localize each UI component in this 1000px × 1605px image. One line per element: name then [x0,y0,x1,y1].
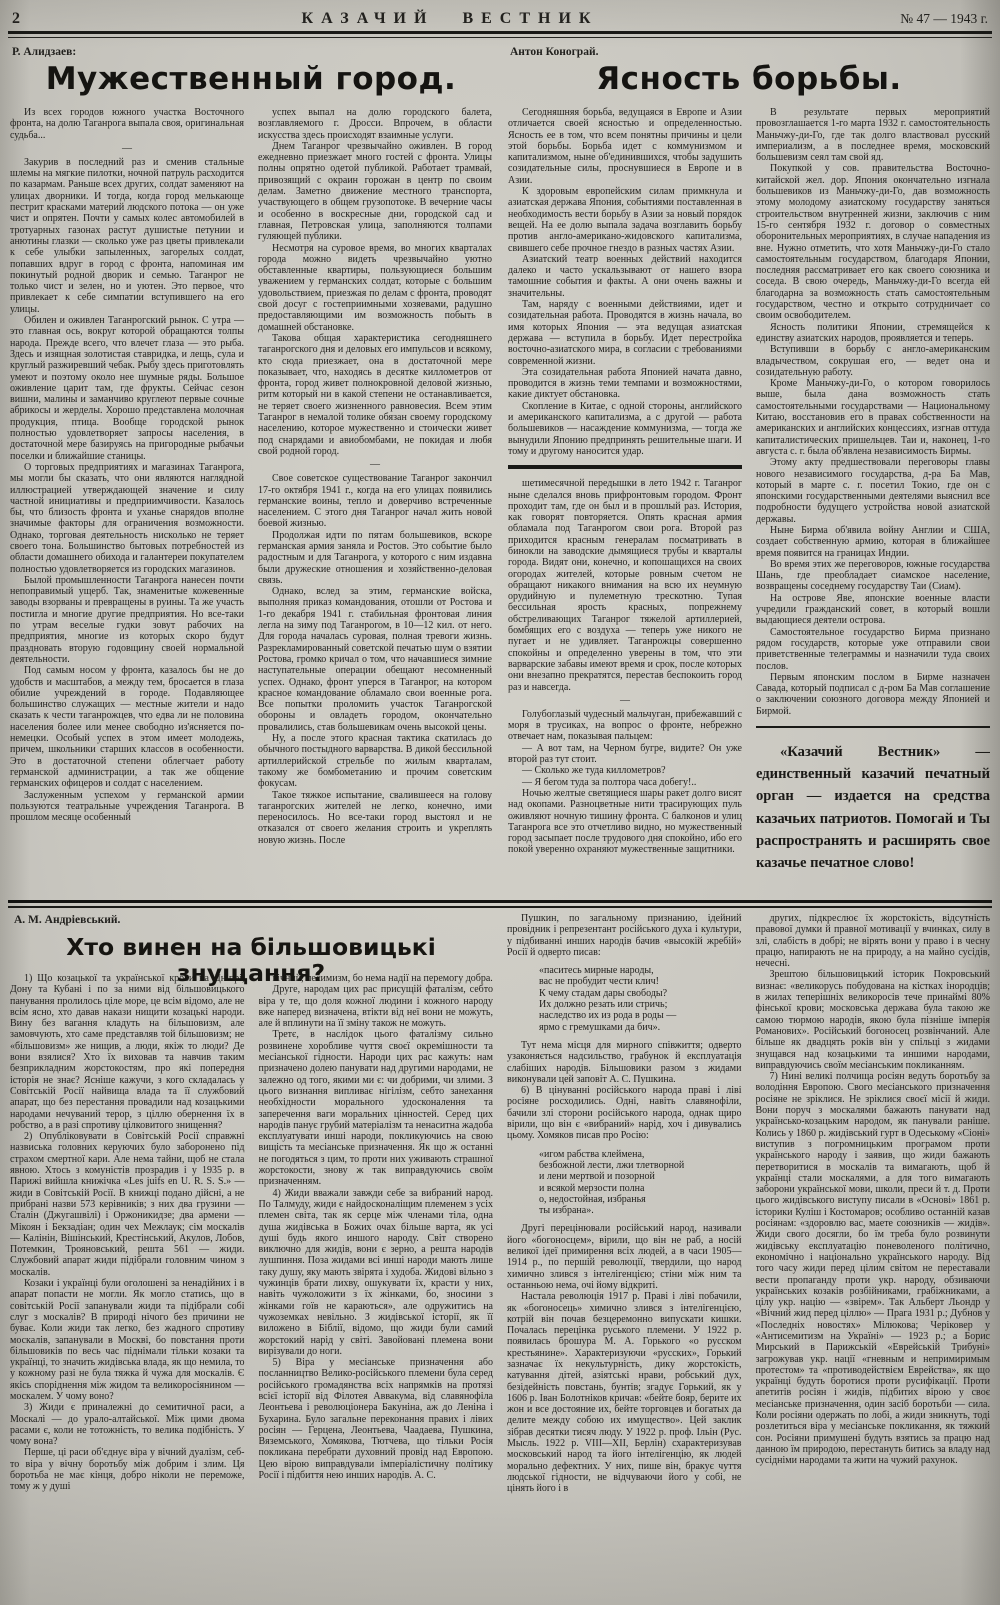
article-paragraph: 6) В цінуванні російського народа праві … [507,1085,742,1141]
article-columns: Из всех городов южного участка Восточног… [10,107,492,900]
article-paragraph: Днем Таганрог чрезвычайно оживлен. В гор… [258,141,492,243]
verse-line: и всякой мерзости полна [539,1183,742,1194]
article-paragraph: шетимесячной передышки в лето 1942 г. Та… [508,478,742,693]
article-paragraph: Вступивши в борьбу с англо-американским … [756,344,990,378]
header-divider-rule [8,31,992,38]
article-paragraph: Под самым носом у фронта, казалось бы не… [10,665,244,789]
article-paragraph: успех выпал на долю городского балета, в… [258,107,492,141]
byline-andrievsky: А. М. Андріевський. [12,914,490,927]
article-paragraph: Тут нема місця для мирного співжиття; од… [507,1040,742,1085]
issue-number: № 47 — 1943 г. [818,11,988,27]
article-column-4: В результате первых мероприятий провозгл… [756,107,990,900]
article-column-3: Пушкин, по загальному признанию, ідейний… [507,913,742,1589]
verse-line: «игом рабства клеймена, [539,1149,742,1160]
article-paragraph: Несмотря на суровое время, во многих ква… [258,243,492,333]
verse-quote: «паситесь мирные народы,вас не пробудит … [539,965,742,1033]
article-paragraph: Сегодняшняя борьба, ведущаяся в Европе и… [508,107,742,186]
article-paragraph: 7) Нині великі полчища росіян ведуть бор… [756,1071,991,1466]
verse-line: безбожной лести, лжи тлетворной [539,1160,742,1171]
masthead-title: КАЗАЧИЙ ВЕСТНИК [82,10,818,28]
article-title-khto-vynen: Хто винен на більшовицькі знущання? [12,934,490,986]
article-title-yasnost-borby: Ясность борьбы. [508,62,990,96]
article-column-4-text: В результате первых мероприятий провозгл… [756,107,990,717]
article-paragraph: На острове Яве, японские военные власти … [756,593,990,627]
article-column-2: вічний, песимизм, бо нема надії на перем… [259,913,494,1589]
article-paragraph: 5) Віра у месіанське призначення або пос… [259,1357,494,1481]
article-paragraph: Из всех городов южного участка Восточног… [10,107,244,141]
article-yasnost-borby: Антон Конограй. Ясность борьбы. Сегодняш… [508,46,990,900]
verse-line: ты избрана». [539,1205,742,1216]
top-articles-section: Р. Алидзаев: Мужественный город. Из всех… [0,38,1000,900]
article-column-1: 1) Що козацької та української крови на … [10,913,245,1589]
article-paragraph: Свое советское существование Таганрог за… [258,473,492,529]
article-paragraph: Первым японским послом в Бирме назначен … [756,672,990,717]
article-paragraph: — Сколько же туда киллометров? [508,765,742,776]
article-paragraph: Обилен и оживлен Таганрогский рынок. С у… [10,315,244,462]
verse-line: Их должно резать или стричь; [539,999,742,1010]
article-paragraph: других, підкреслює їх жорстокість, відсу… [756,913,991,969]
article-paragraph: Настала революція 1917 р. Праві і ліві п… [507,1291,742,1494]
article-paragraph: Покупкой у сов. правительства Восточно-к… [756,163,990,321]
article-paragraph: 3) Жиди є приналежні до семитичної раси,… [10,1402,245,1447]
page-number: 2 [12,10,82,28]
article-paragraph: Голубоглазый чудесный мальчуган, прибежа… [508,709,742,743]
newspaper-page: 2 КАЗАЧИЙ ВЕСТНИК № 47 — 1943 г. Р. Алид… [0,0,1000,1605]
paragraph-separator-dash: — [10,143,244,155]
article-paragraph: Заслуженным успехом у германской армии п… [10,790,244,824]
article-paragraph: Былой промышленности Таганрога нанесен п… [10,575,244,665]
article-paragraph: Во время этих же переговоров, южные госу… [756,559,990,593]
article-paragraph: Друге, народам цих рас присущій фаталізм… [259,984,494,1029]
verse-line: наследство их из рода в роды — [539,1010,742,1021]
paragraph-separator-dash: — [508,695,742,707]
verse-line: вас не пробудит чести клич! [539,976,742,987]
article-paragraph: Самостоятельное государство Бирма призна… [756,627,990,672]
article-paragraph: Такова общая характеристика сегодняшнего… [258,333,492,457]
article-paragraph: — А вот там, на Черном бугре, видите? Он… [508,743,742,766]
article-paragraph: Продолжая идти по пятам большевиков, вск… [258,530,492,586]
article-column-1: Из всех городов южного участка Восточног… [10,107,244,900]
bottom-article-section: А. М. Андріевський. Хто винен на більшов… [0,908,1000,1605]
verse-quote: «игом рабства клеймена,безбожной лести, … [539,1149,742,1217]
subscription-notice: «Казачий Вестник» — единственный казачий… [756,726,990,874]
verse-line: и лени мертвой и позорной [539,1171,742,1182]
article-column-4: других, підкреслює їх жорстокість, відсу… [756,913,991,1589]
article-paragraph: Этому акту предшествовали переговоры гла… [756,457,990,525]
article-column-3: Сегодняшняя борьба, ведущаяся в Европе и… [508,107,742,900]
byline-alidzaev: Р. Алидзаев: [10,46,492,59]
article-paragraph: Эта созидательная работа Японией начата … [508,367,742,401]
article-paragraph: Однако, вслед за этим, германские войска… [258,586,492,733]
article-paragraph: Пушкин, по загальному признанию, ідейний… [507,913,742,958]
article-paragraph: Другі перецінювали російський народ, наз… [507,1223,742,1291]
article-paragraph: Перше, ці раси об'єднує віра у вічний ду… [10,1447,245,1492]
byline-konogray: Антон Конограй. [508,46,990,59]
article-paragraph: О торговых предприятиях и магазинах Тага… [10,462,244,575]
article-paragraph: 2) Опубліковувати в Совітській Росії спр… [10,1131,245,1278]
column-divider-rule [508,465,742,469]
verse-line: о, недостойная, избранья [539,1194,742,1205]
article-paragraph: Закурив в последний раз и сменив стальны… [10,157,244,315]
article-paragraph: К здоровым европейским силам примкнула и… [508,186,742,254]
article-paragraph: В результате первых мероприятий провозгл… [756,107,990,163]
article-paragraph: Азиатский театр военных действий находит… [508,254,742,299]
verse-line: ярмо с гремушками да бич». [539,1022,742,1033]
article-paragraph: Козаки і українці були оголошені за нена… [10,1278,245,1402]
article-paragraph: — Я бегом туда за полтора часа добегу!.. [508,777,742,788]
article-paragraph: Третє, в наслідок цього фаталізму сильно… [259,1029,494,1187]
verse-line: «паситесь мирные народы, [539,965,742,976]
article-paragraph: Ночью желтые светящиеся шары ракет долго… [508,788,742,856]
article-paragraph: 1) Що козацької та української крови на … [10,973,245,1131]
article-title-muzhestvenny-gorod: Мужественный город. [10,62,492,96]
verse-line: К чему стадам дары свободы? [539,988,742,999]
article-paragraph: Ясность политики Японии, стремящейся к е… [756,322,990,345]
article-paragraph: Кроме Маньчжу-ди-Го, о котором говорилос… [756,378,990,457]
article-paragraph: Такое тяжкое испытание, свалившееся на г… [258,790,492,846]
article-paragraph: Ныне Бирма об'явила войну Англии и США, … [756,525,990,559]
bottom-article-header: А. М. Андріевський. Хто винен на більшов… [12,914,490,986]
article-paragraph: Ну, а после этого красная тактика скатил… [258,733,492,789]
article-column-2: успех выпал на долю городского балета, в… [258,107,492,900]
article-paragraph: Там, наряду с военными действиями, идет … [508,299,742,367]
article-paragraph: 4) Жиди вважали завжди себе за вибраний … [259,1188,494,1357]
section-divider-rule [8,900,992,908]
article-paragraph: Скопление в Китае, с одной стороны, англ… [508,401,742,457]
article-muzhestvenny-gorod: Р. Алидзаев: Мужественный город. Из всех… [10,46,492,900]
article-columns: 1) Що козацької та української крови на … [10,913,990,1589]
page-header: 2 КАЗАЧИЙ ВЕСТНИК № 47 — 1943 г. [0,0,1000,28]
paragraph-separator-dash: — [258,459,492,471]
article-paragraph: Зрештою більшовицький історик Покровськи… [756,969,991,1071]
article-columns: Сегодняшняя борьба, ведущаяся в Европе и… [508,107,990,900]
